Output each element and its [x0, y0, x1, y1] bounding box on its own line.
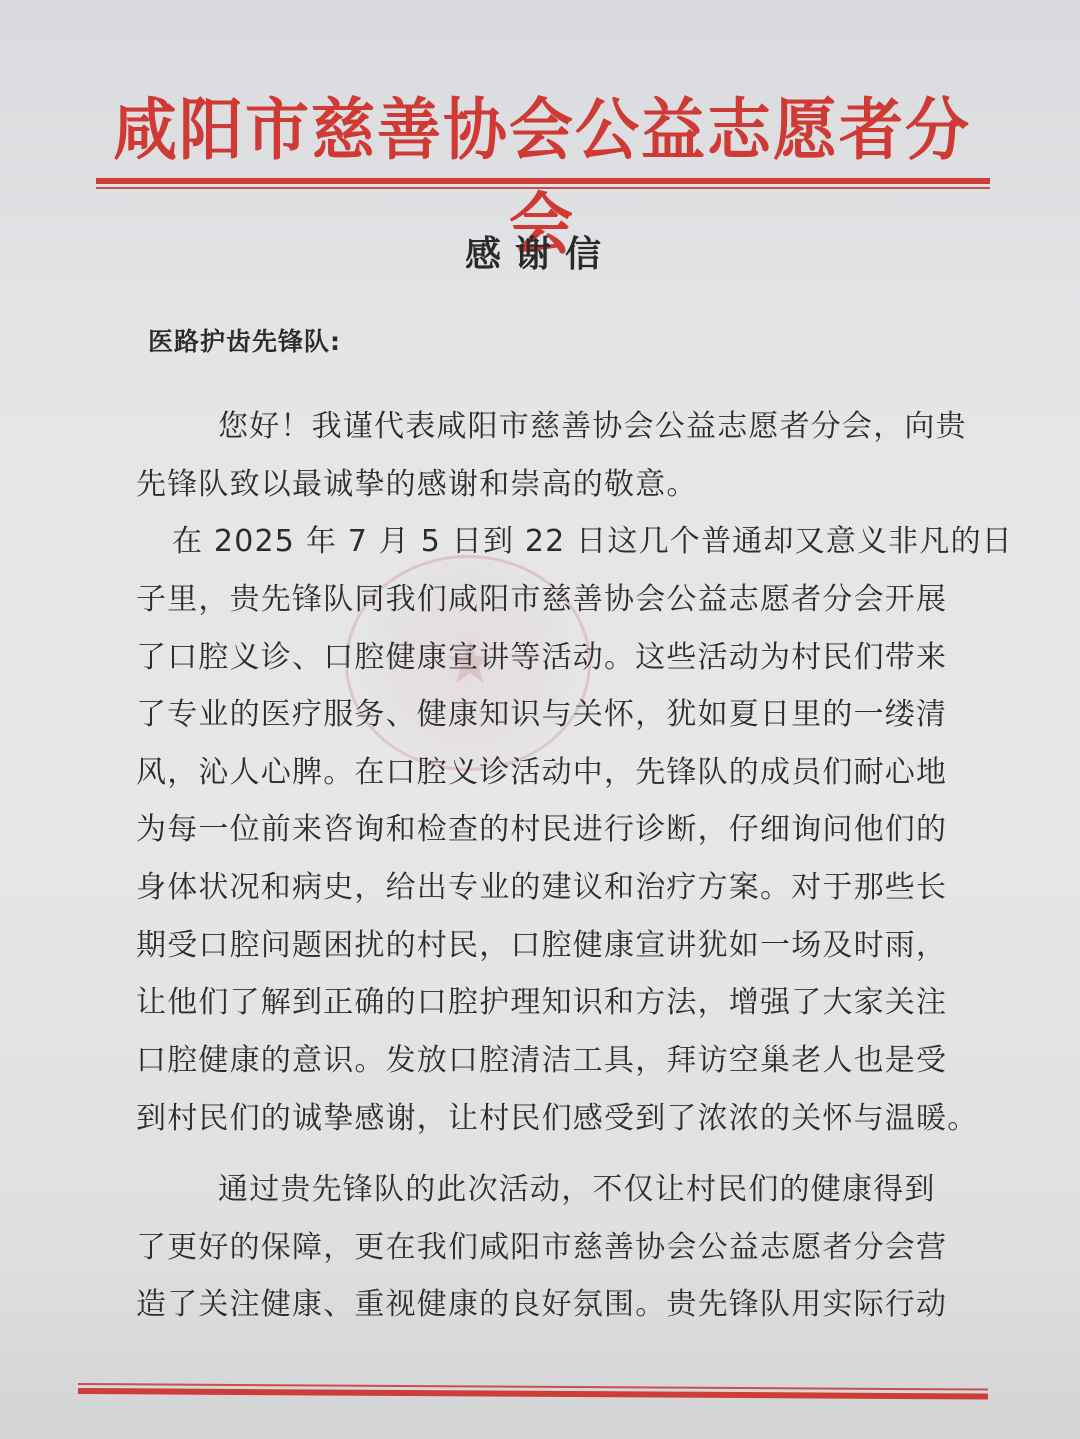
body-line: 让他们了解到正确的口腔护理知识和方法，增强了大家关注	[136, 983, 916, 1023]
body-line: 通过贵先锋队的此次活动，不仅让村民们的健康得到	[218, 1170, 918, 1210]
letter-title: 感谢信	[0, 226, 1080, 277]
body-line: 口腔健康的意识。发放口腔清洁工具，拜访空巢老人也是受	[136, 1041, 916, 1081]
body-line: 身体状况和病史，给出专业的建议和治疗方案。对于那些长	[136, 868, 916, 908]
body-line: 了更好的保障，更在我们咸阳市慈善协会公益志愿者分会营	[136, 1228, 916, 1268]
body-line: 到村民们的诚挚感谢，让村民们感受到了浓浓的关怀与温暖。	[136, 1099, 916, 1139]
body-line: 您好！我谨代表咸阳市慈善协会公益志愿者分会，向贵	[218, 407, 918, 447]
body-line: 先锋队致以最诚挚的感谢和崇高的敬意。	[136, 465, 916, 505]
body-line: 风，沁人心脾。在口腔义诊活动中，先锋队的成员们耐心地	[136, 753, 916, 793]
body-line: 子里，贵先锋队同我们咸阳市慈善协会公益志愿者分会开展	[136, 580, 916, 620]
letterhead-rule-thick	[96, 178, 990, 184]
letterhead-rule-thin	[96, 187, 990, 189]
body-line: 了口腔义诊、口腔健康宣讲等活动。这些活动为村民们带来	[136, 638, 916, 678]
body-line: 为每一位前来咨询和检查的村民进行诊断，仔细询问他们的	[136, 810, 916, 850]
body-line: 在 2025 年 7 月 5 日到 22 日这几个普通却又意义非凡的日	[172, 522, 932, 562]
letter-salutation: 医路护齿先锋队:	[148, 322, 341, 358]
letter-page: 咸阳市慈善协会公益志愿者分会 感谢信 医路护齿先锋队: ★ 您好！我谨代表咸阳市…	[0, 0, 1080, 1439]
body-line: 造了关注健康、重视健康的良好氛围。贵先锋队用实际行动	[136, 1285, 916, 1325]
body-line: 了专业的医疗服务、健康知识与关怀，犹如夏日里的一缕清	[136, 695, 916, 735]
body-line: 期受口腔问题困扰的村民，口腔健康宣讲犹如一场及时雨，	[136, 926, 916, 966]
